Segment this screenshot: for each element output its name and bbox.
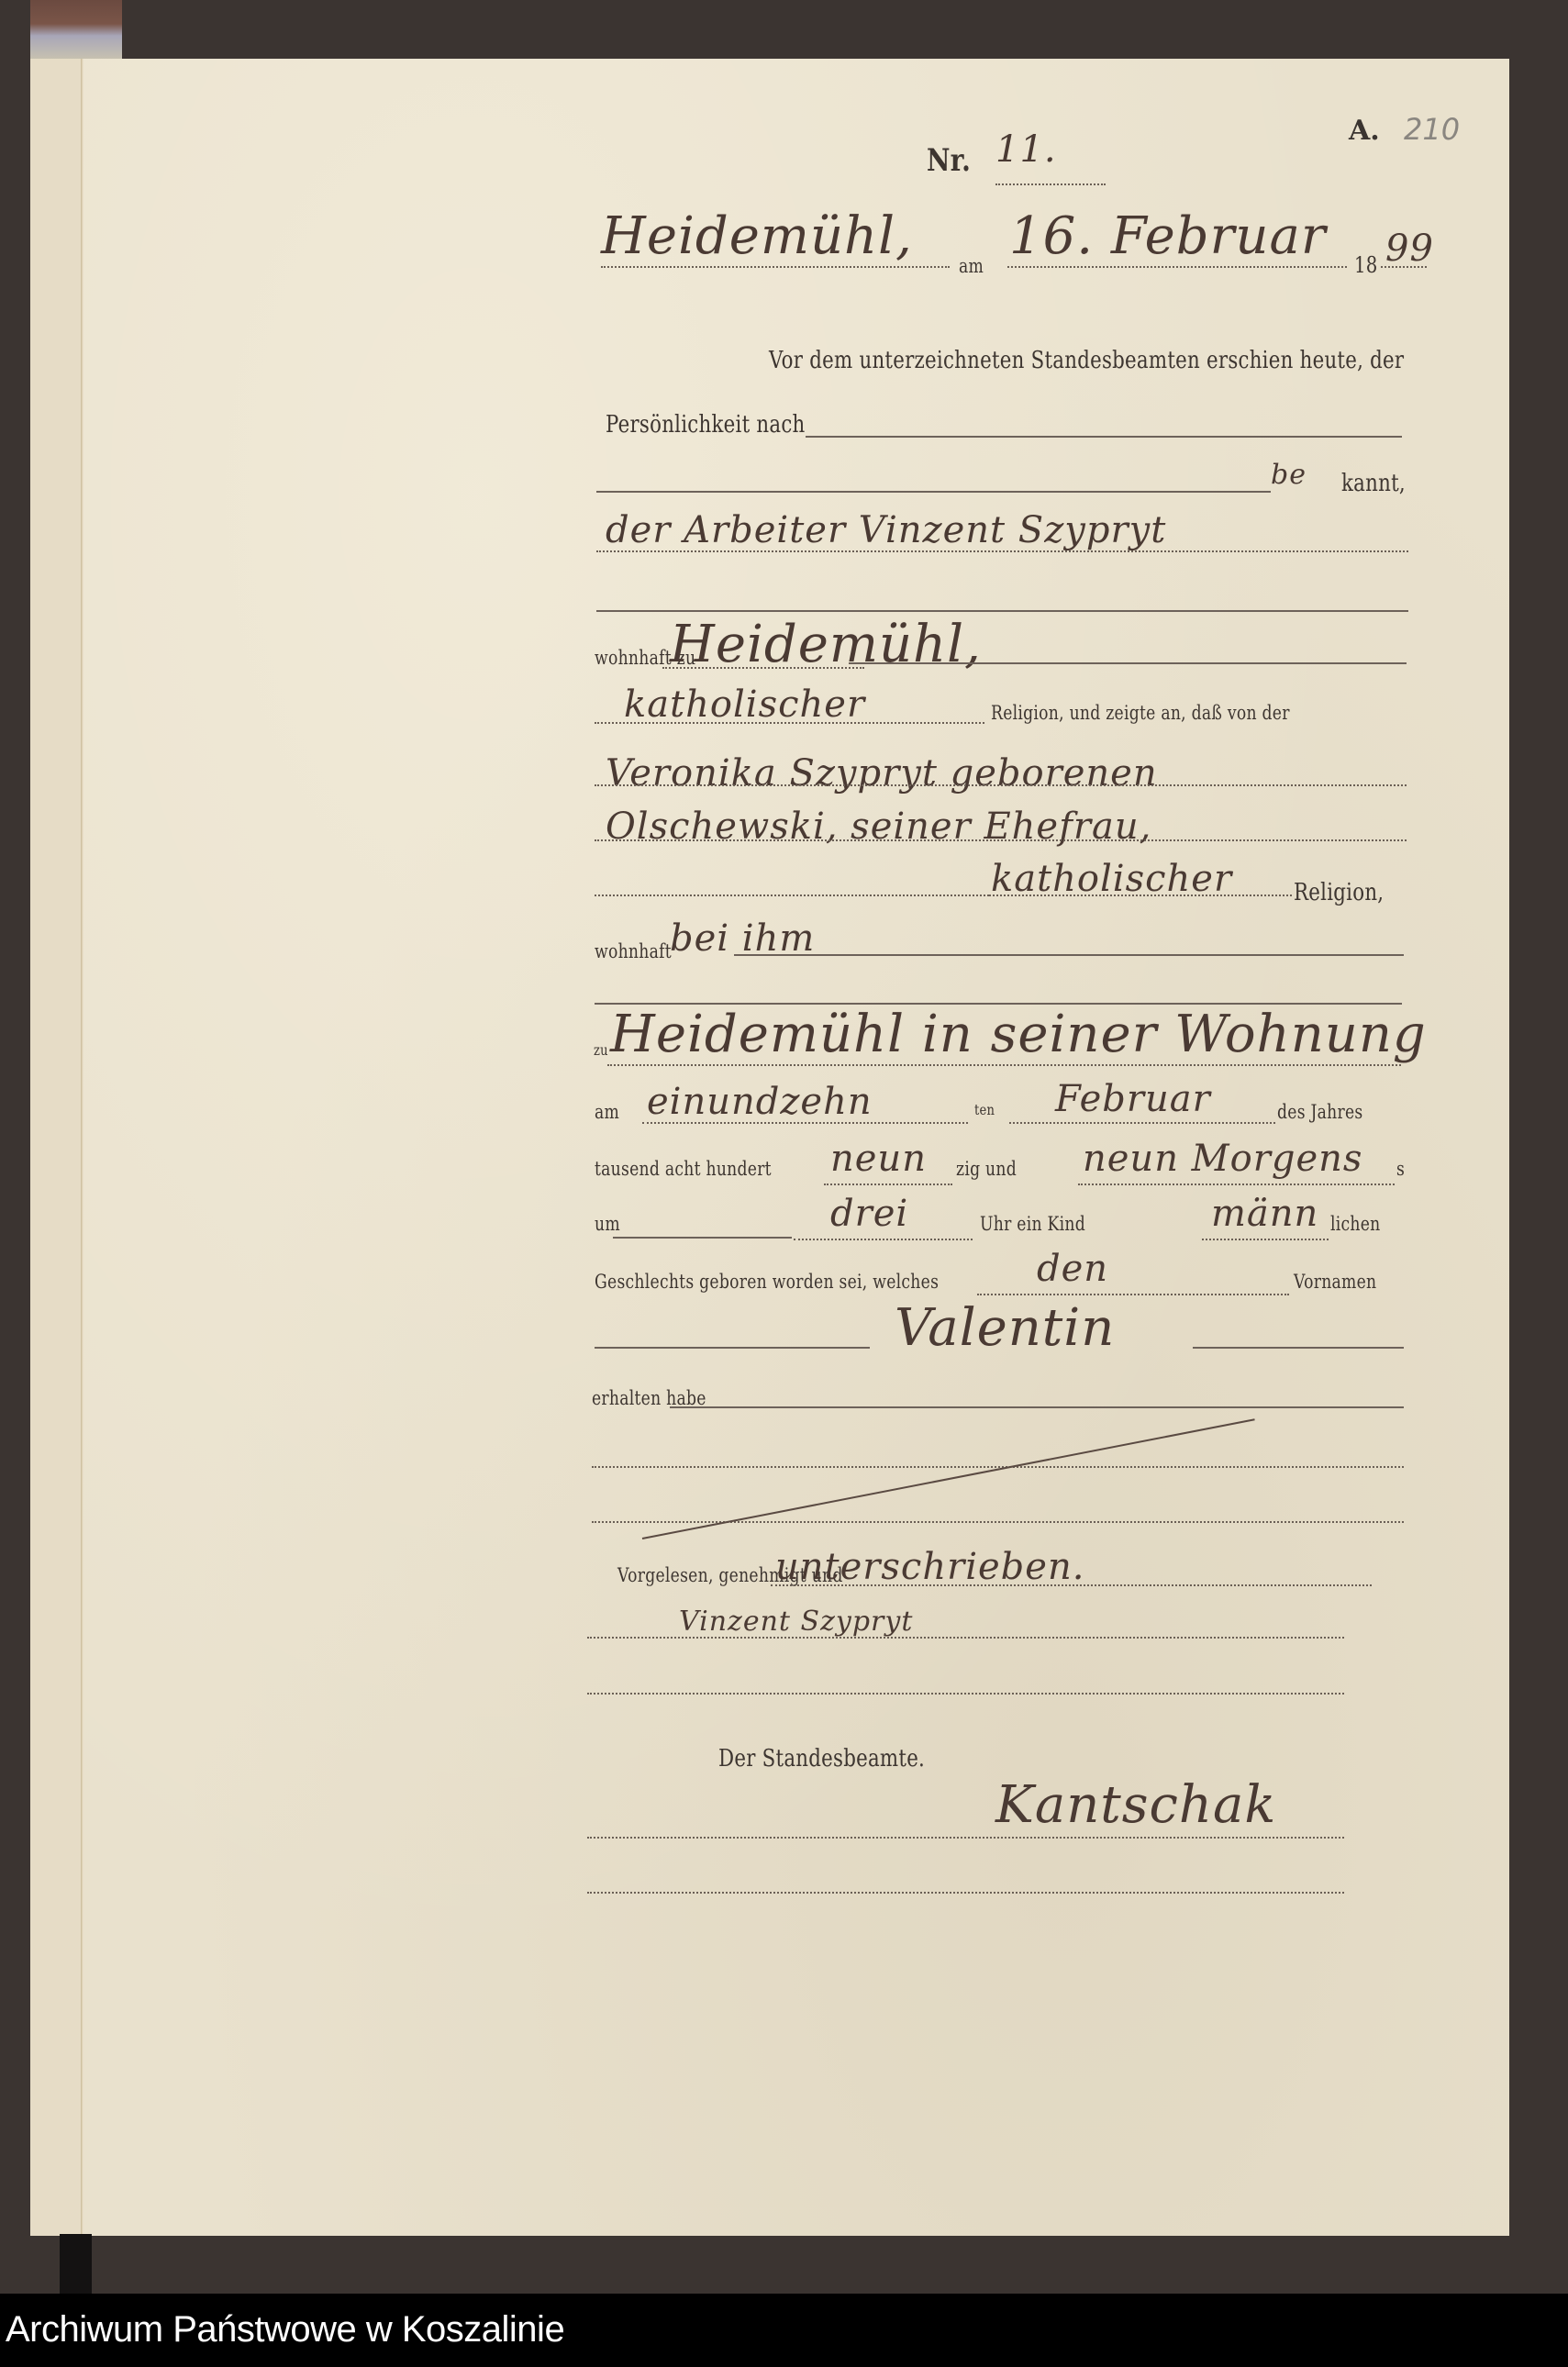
number-label: Nr.: [927, 142, 971, 179]
archive-pencil-number: 210: [1404, 112, 1460, 147]
father-religion: katholischer: [624, 683, 865, 726]
birth-place: Heidemühl in seiner Wohnung: [610, 1005, 1427, 1064]
bekannt-prefix: be: [1271, 459, 1307, 491]
name-article-line: [977, 1294, 1289, 1295]
archive-caption: Archiwum Państwowe w Koszalinie: [6, 2309, 564, 2350]
page-fold: [81, 59, 83, 2236]
year-ones-time: neun Morgens: [1083, 1138, 1362, 1180]
intro-text: Vor dem unterzeichneten Standesbeamten e…: [769, 347, 1404, 374]
official-line: [587, 1837, 1344, 1839]
am-label: am: [595, 1101, 619, 1123]
birth-place-line: [607, 1064, 1401, 1066]
child-sex: männ: [1211, 1193, 1318, 1235]
mother-line2: [595, 839, 1407, 841]
mother-religion-line-a: [595, 895, 989, 896]
record-number: 11.: [995, 128, 1057, 171]
sex-line: [1202, 1239, 1329, 1240]
child-name-line-a: [595, 1347, 870, 1349]
binding-stand: [60, 2234, 92, 2294]
geschlechts-label: Geschlechts geboren worden sei, welches: [595, 1271, 939, 1293]
ten-label: ten: [974, 1101, 995, 1118]
official-signature: Kantschak: [995, 1775, 1276, 1835]
declarant-residence: Heidemühl,: [670, 615, 982, 674]
birth-day: einundzehn: [647, 1081, 873, 1123]
vorgelesen-line: [771, 1584, 1372, 1586]
zu-label: zu: [594, 1041, 608, 1059]
vornamen-label: Vornamen: [1294, 1271, 1376, 1293]
name-article: den: [1037, 1248, 1108, 1290]
wohnhaft-label: wohnhaft: [595, 940, 672, 962]
left-page-edge: [30, 59, 83, 2236]
declarant-line: [596, 550, 1408, 552]
erhalten-line: [670, 1406, 1404, 1408]
child-name: Valentin: [895, 1298, 1115, 1358]
birth-day-line: [642, 1122, 968, 1124]
year-suffix: 99: [1385, 228, 1434, 270]
date-line: [1007, 266, 1347, 268]
standesbeamte-label: Der Standesbeamte.: [718, 1745, 925, 1772]
birth-month: Februar: [1055, 1078, 1211, 1120]
year-tens: neun: [830, 1138, 927, 1180]
religion-label: Religion,: [1294, 879, 1384, 906]
signature-blank-line: [587, 1693, 1344, 1695]
book-binding: [30, 0, 122, 60]
declarant-line-2: [596, 610, 1408, 612]
mother-name-line1: Veronika Szypryt geborenen: [606, 752, 1158, 795]
um-line-a: [613, 1237, 792, 1239]
persoenlichkeit-line: [806, 436, 1402, 438]
year-tens-line: [824, 1183, 952, 1185]
des-jahres-label: des Jahres: [1277, 1101, 1363, 1123]
mother-religion-line-b: [989, 895, 1292, 896]
year-ones-line: [1078, 1183, 1395, 1185]
declarant-name: der Arbeiter Vinzent Szypryt: [606, 509, 1166, 551]
father-religion-line: [595, 722, 984, 724]
archive-stamp-letter: A.: [1349, 115, 1380, 147]
birth-hour: drei: [830, 1193, 908, 1235]
mother-line1: [595, 784, 1407, 786]
residence-line-2: [849, 662, 1407, 664]
lichen-label: lichen: [1330, 1213, 1381, 1235]
date-label: am: [959, 255, 984, 277]
mother-name-line2: Olschewski, seiner Ehefrau,: [606, 806, 1151, 848]
year-text-label: tausend acht hundert: [595, 1158, 772, 1180]
year-prefix: 18: [1354, 252, 1378, 278]
record-place: Heidemühl,: [601, 206, 913, 266]
residence-line: [662, 667, 864, 669]
declarant-signature: Vinzent Szypryt: [679, 1606, 913, 1638]
record-date: 16. Februar: [1009, 206, 1327, 266]
s-label: s: [1396, 1158, 1405, 1180]
birth-month-line: [1009, 1122, 1275, 1124]
child-name-line-b: [1193, 1347, 1404, 1349]
number-line: [995, 183, 1106, 185]
mother-residence-line: [734, 954, 1404, 956]
zig-und-label: zig und: [956, 1158, 1017, 1180]
bekannt-suffix: kannt,: [1341, 470, 1406, 497]
um-line-b: [794, 1239, 973, 1240]
official-line-2: [587, 1892, 1344, 1894]
place-line: [601, 266, 950, 268]
signed-word: unterschrieben.: [775, 1546, 1084, 1588]
uhr-kind-label: Uhr ein Kind: [980, 1213, 1085, 1235]
declarant-signature-line: [587, 1637, 1344, 1639]
year-line: [1381, 266, 1427, 268]
um-label: um: [595, 1213, 620, 1235]
persoenlichkeit-label: Persönlichkeit nach: [606, 411, 806, 439]
bekannt-line: [596, 491, 1271, 493]
religion-line-label: Religion, und zeigte an, daß von der: [991, 702, 1290, 724]
